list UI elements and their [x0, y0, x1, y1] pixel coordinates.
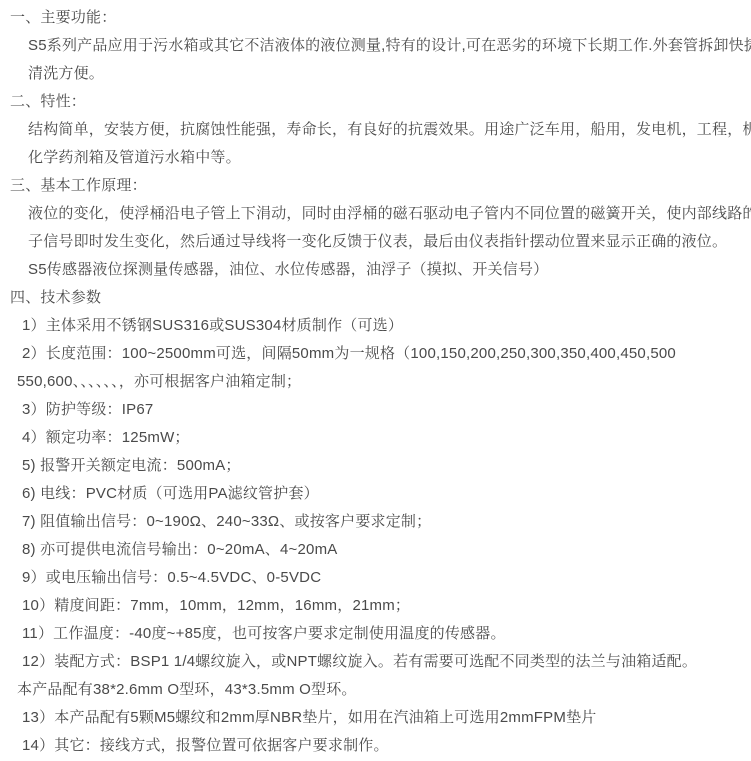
section-heading: 三、基本工作原理： — [0, 172, 751, 200]
spec-item-line: 5) 报警开关额定电流：500mA； — [0, 452, 751, 480]
paragraph-line: 结构简单，安装方便，抗腐蚀性能强，寿命长，有良好的抗震效果。用途广泛车用，船用，… — [0, 116, 751, 144]
section-heading: 二、特性： — [0, 88, 751, 116]
spec-item-line: 12）装配方式：BSP1 1/4螺纹旋入，或NPT螺纹旋入。若有需要可选配不同类… — [0, 648, 751, 676]
paragraph-line: 液位的变化，使浮桶沿电子管上下涓动，同时由浮桶的磁石驱动电子管内不同位置的磁簧开… — [0, 200, 751, 228]
continuation-line: 550,600、、、、、、，亦可根据客户油箱定制； — [0, 368, 751, 396]
spec-item-line: 14）其它：接线方式，报警位置可依据客户要求制作。 — [0, 732, 751, 760]
spec-item-line: 8) 亦可提供电流信号输出：0~20mA、4~20mA — [0, 536, 751, 564]
page: 一、主要功能：S5系列产品应用于污水箱或其它不洁液体的液位测量,特有的设计,可在… — [0, 0, 751, 761]
paragraph-line: 化学药剂箱及管道污水箱中等。 — [0, 144, 751, 172]
section-heading: 四、技术参数 — [0, 284, 751, 312]
paragraph-line: S5系列产品应用于污水箱或其它不洁液体的液位测量,特有的设计,可在恶劣的环境下长… — [0, 32, 751, 60]
paragraph-line: 清洗方便。 — [0, 60, 751, 88]
section-heading: 一、主要功能： — [0, 4, 751, 32]
continuation-line: 本产品配有38*2.6mm O型环，43*3.5mm O型环。 — [0, 676, 751, 704]
spec-item-line: 3）防护等级：IP67 — [0, 396, 751, 424]
paragraph-line: 子信号即时发生变化，然后通过导线将一变化反馈于仪表，最后由仪表指针摆动位置来显示… — [0, 228, 751, 256]
spec-item-line: 13）本产品配有5颗M5螺纹和2mm厚NBR垫片，如用在汽油箱上可选用2mmFP… — [0, 704, 751, 732]
spec-item-line: 11）工作温度：-40度~+85度，也可按客户要求定制使用温度的传感器。 — [0, 620, 751, 648]
spec-item-line: 10）精度间距：7mm，10mm，12mm，16mm，21mm； — [0, 592, 751, 620]
spec-item-line: 1）主体采用不锈钢SUS316或SUS304材质制作（可选） — [0, 312, 751, 340]
spec-item-line: 9）或电压输出信号：0.5~4.5VDC、0-5VDC — [0, 564, 751, 592]
spec-item-line: 2）长度范围：100~2500mm可选，间隔50mm为一规格（100,150,2… — [0, 340, 751, 368]
paragraph-line: S5传感器液位探测量传感器，油位、水位传感器，油浮子（摸拟、开关信号） — [0, 256, 751, 284]
document-body: 一、主要功能：S5系列产品应用于污水箱或其它不洁液体的液位测量,特有的设计,可在… — [0, 4, 751, 760]
spec-item-line: 4）额定功率：125mW； — [0, 424, 751, 452]
spec-item-line: 7) 阻值输出信号：0~190Ω、240~33Ω、或按客户要求定制； — [0, 508, 751, 536]
spec-item-line: 6) 电线：PVC材质（可选用PA滤纹管护套） — [0, 480, 751, 508]
